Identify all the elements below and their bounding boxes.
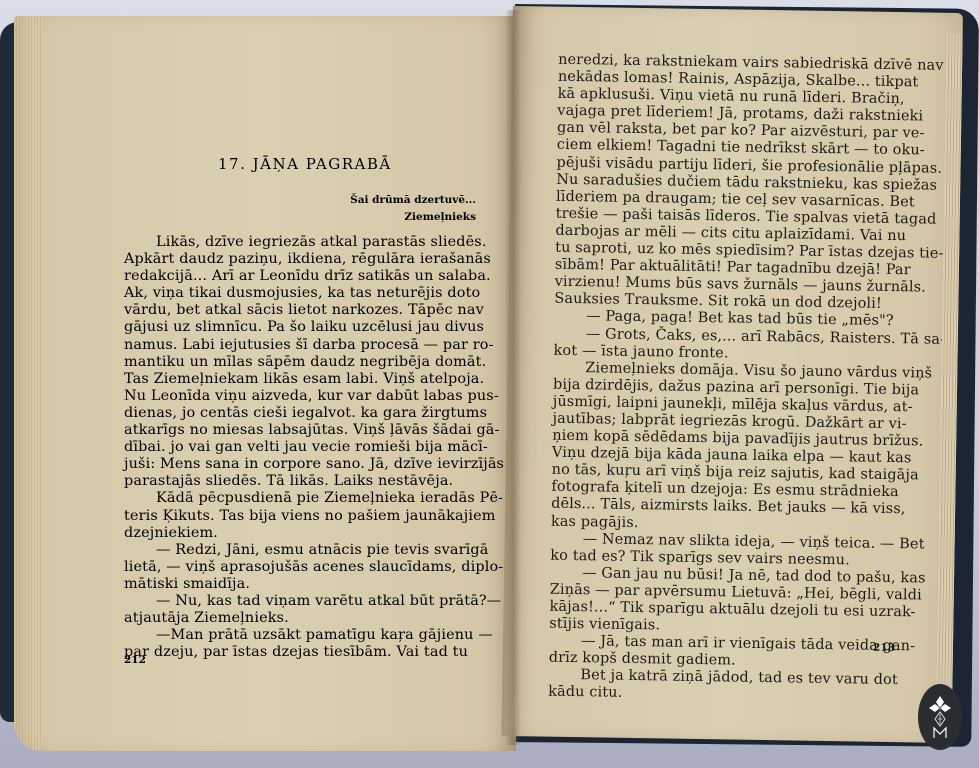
text-line: redakcijā... Arī ar Leonīdu drīz satikās…: [124, 268, 476, 285]
watermark-logo: [918, 684, 962, 750]
text-line: dienas, jo centās cieši iegalvot. ka gar…: [124, 405, 476, 422]
text-line: par dzeju, par īstas dzejas tiesībām. Va…: [124, 644, 476, 661]
text-line: atkarīgs no miesas labsajūtas. Viņš ļāvā…: [124, 422, 476, 439]
text-line: Tas Ziemeļniekam likās esam labi. Viņš a…: [124, 371, 476, 388]
text-line: namus. Labi iejutusies šī darba procesā …: [124, 337, 476, 354]
text-line: atjautāja Ziemeļnieks.: [124, 610, 476, 627]
text-line: Nu Leonīda viņu aizveda, kur var dabūt l…: [124, 388, 476, 405]
folk-ornament-logo-icon: [925, 692, 955, 742]
text-line: dzejniekiem.: [124, 525, 476, 542]
book-gutter: [505, 10, 521, 745]
text-line: juši: Mens sana in corpore sano. Jā, dzī…: [124, 456, 476, 473]
right-page: neredzi, ka rakstniekam vairs sabiedrisk…: [502, 6, 963, 743]
text-line: parastajās sliedēs. Tā likās. Laiks nest…: [124, 473, 476, 490]
right-page-text: neredzi, ka rakstniekam vairs sabiedrisk…: [548, 52, 898, 707]
text-line: Likās, dzīve iegriezās atkal parastās sl…: [124, 234, 476, 251]
page-number-left: 212: [124, 654, 146, 666]
text-line: Ak, viņa tikai dusmojusies, ka tas netur…: [124, 285, 476, 302]
text-line: Apkārt daudz paziņu, ikdiena, rēgulāra i…: [124, 251, 476, 268]
text-line: Kādā pēcpusdienā pie Ziemeļnieka ieradās…: [124, 490, 476, 507]
text-line: vārdu, bet atkal sācis lietot narkozes. …: [124, 302, 476, 319]
text-line: —Man prātā uzsākt pamatīgu kaŗa gājienu …: [124, 627, 476, 644]
epigraph-quote: Šai drūmā dzertuvē...: [300, 192, 476, 209]
text-line: dībai. jo vai gan velti jau vecie romieš…: [124, 439, 476, 456]
page-number-right: 213: [873, 642, 895, 654]
text-line: mātiski smaidīja.: [124, 576, 476, 593]
epigraph-author: Ziemeļnieks: [300, 209, 476, 226]
text-line: mantiku un mīlas sāpēm daudz negribēja d…: [124, 354, 476, 371]
text-line: — Nu, kas tad viņam varētu atkal būt prā…: [124, 593, 476, 610]
epigraph: Šai drūmā dzertuvē... Ziemeļnieks: [300, 192, 476, 226]
text-line: — Redzi, Jāni, esmu atnācis pie tevis sv…: [124, 542, 476, 559]
text-line: teris Ķikuts. Tas bija viens no pašiem j…: [124, 508, 476, 525]
chapter-title: 17. JĀŅA PAGRABĀ: [218, 155, 392, 173]
left-page-text: Likās, dzīve iegriezās atkal parastās sl…: [124, 234, 476, 661]
text-line: gājusi uz slimnīcu. Pa šo laiku uzcēlusi…: [124, 319, 476, 336]
text-line: lietā, — viņš aprasojušās acenes slaucīd…: [124, 559, 476, 576]
